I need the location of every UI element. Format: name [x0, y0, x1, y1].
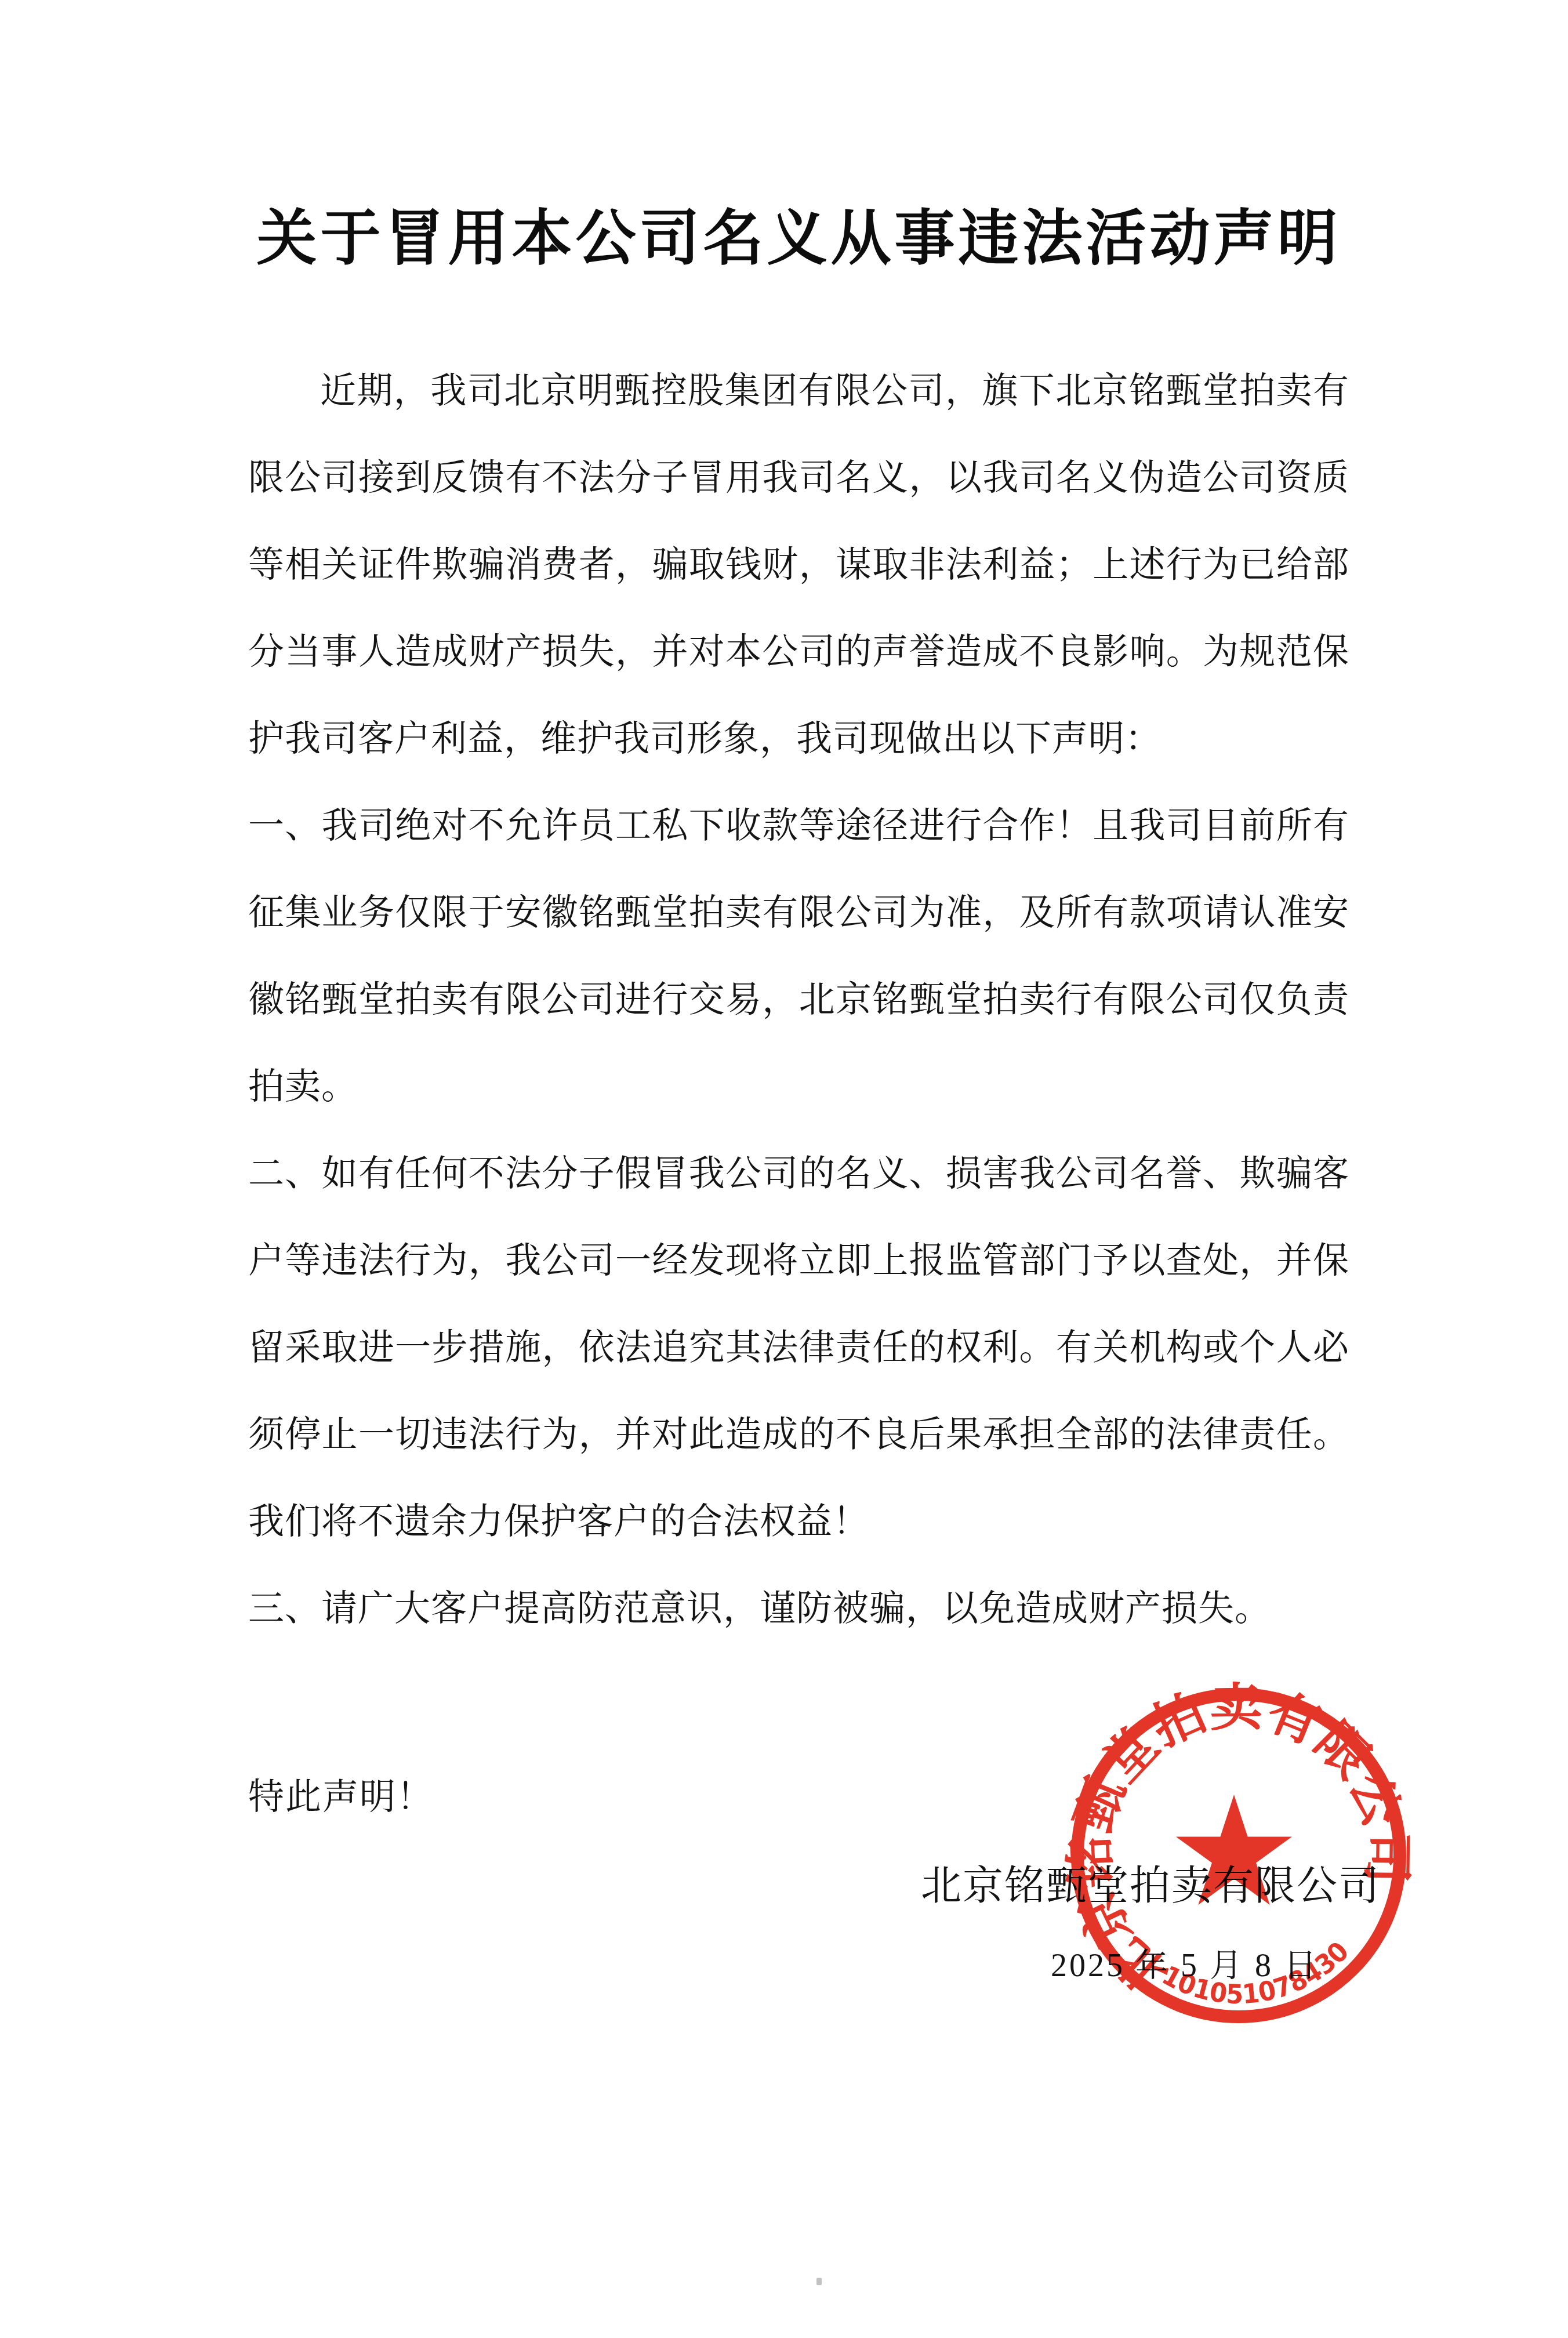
body-line: 三、请广大客户提高防范意识，谨防被骗，以免造成财产损失。: [248, 1566, 1349, 1653]
body-line: 户等违法行为，我公司一经发现将立即上报监管部门予以查处，并保: [248, 1218, 1349, 1305]
body-line: 护我司客户利益，维护我司形象，我司现做出以下声明：: [248, 696, 1349, 783]
body-line: 等相关证件欺骗消费者，骗取钱财，谋取非法利益；上述行为已给部: [248, 522, 1349, 609]
document-body: 近期，我司北京明甄控股集团有限公司，旗下北京铭甄堂拍卖有 限公司接到反馈有不法分…: [248, 348, 1349, 1653]
body-line: 须停止一切违法行为，并对此造成的不良后果承担全部的法律责任。: [248, 1392, 1349, 1479]
scan-speck: [816, 2278, 822, 2285]
body-line: 拍卖。: [248, 1044, 1349, 1131]
body-line: 留采取进一步措施，依法追究其法律责任的权利。有关机构或个人必: [248, 1305, 1349, 1392]
body-line: 二、如有任何不法分子假冒我公司的名义、损害我公司名誉、欺骗客: [248, 1131, 1349, 1218]
body-line: 近期，我司北京明甄控股集团有限公司，旗下北京铭甄堂拍卖有: [248, 348, 1349, 435]
company-seal: 北京铭甄堂拍卖有限公司 101051078430: [1065, 1682, 1413, 2030]
body-line: 一、我司绝对不允许员工私下收款等途径进行合作！且我司目前所有: [248, 783, 1349, 870]
body-line: 我们将不遗余力保护客户的合法权益！: [248, 1479, 1349, 1566]
closing-statement: 特此声明！: [248, 1757, 434, 1838]
document-title: 关于冒用本公司名义从事违法活动声明: [248, 202, 1349, 277]
star-icon: [1176, 1795, 1292, 1905]
body-line: 分当事人造成财产损失，并对本公司的声誉造成不良影响。为规范保: [248, 609, 1349, 696]
body-line: 限公司接到反馈有不法分子冒用我司名义，以我司名义伪造公司资质: [248, 435, 1349, 522]
body-line: 徽铭甄堂拍卖有限公司进行交易，北京铭甄堂拍卖行有限公司仅负责: [248, 957, 1349, 1044]
document-page: 关于冒用本公司名义从事违法活动声明 近期，我司北京明甄控股集团有限公司，旗下北京…: [0, 0, 1568, 2338]
body-line: 征集业务仅限于安徽铭甄堂拍卖有限公司为准，及所有款项请认准安: [248, 870, 1349, 957]
